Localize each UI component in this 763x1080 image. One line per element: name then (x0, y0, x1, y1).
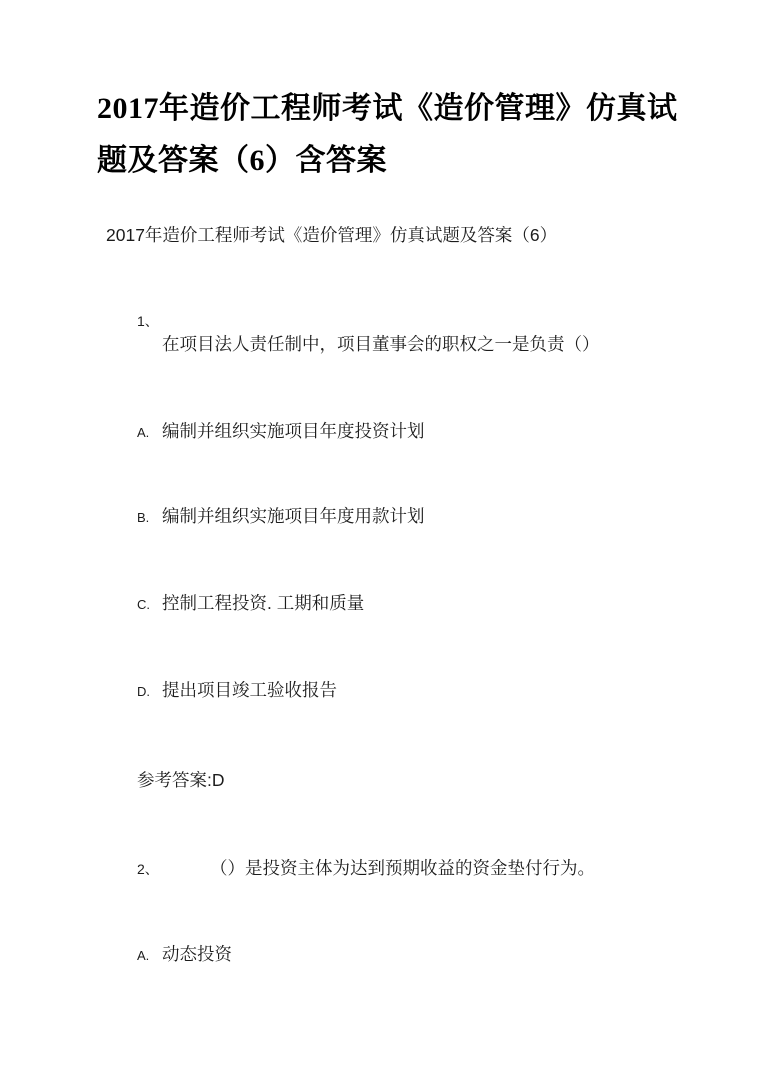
question-1-number: 1、 (137, 312, 159, 330)
option-letter: A. (137, 948, 162, 963)
question-1-text: 在项目法人责任制中，项目董事会的职权之一是负责（） (162, 333, 600, 355)
document-title-line-2: 题及答案（6）含答案 (97, 135, 697, 187)
question-2: 2、 （）是投资主体为达到预期收益的资金垫付行为。 (137, 857, 595, 879)
question-2-option-a: A. 动态投资 (137, 943, 232, 965)
option-text: 动态投资 (162, 943, 232, 965)
document-title: 2017年造价工程师考试《造价管理》仿真试 题及答案（6）含答案 (97, 83, 697, 187)
question-1-option-b: B. 编制并组织实施项目年度用款计划 (137, 505, 425, 527)
option-letter: C. (137, 597, 162, 612)
question-2-text: （）是投资主体为达到预期收益的资金垫付行为。 (210, 857, 595, 879)
option-text: 控制工程投资. 工期和质量 (162, 592, 364, 614)
question-1-reference-answer: 参考答案:D (137, 769, 225, 791)
question-1-option-d: D. 提出项目竣工验收报告 (137, 679, 337, 701)
question-1-option-c: C. 控制工程投资. 工期和质量 (137, 592, 364, 614)
document-subtitle: 2017年造价工程师考试《造价管理》仿真试题及答案（6） (106, 224, 557, 246)
option-text: 提出项目竣工验收报告 (162, 679, 337, 701)
option-text: 编制并组织实施项目年度投资计划 (162, 420, 425, 442)
option-letter: A. (137, 425, 162, 440)
question-1-option-a: A. 编制并组织实施项目年度投资计划 (137, 420, 425, 442)
document-title-line-1: 2017年造价工程师考试《造价管理》仿真试 (97, 83, 697, 135)
document-page: 2017年造价工程师考试《造价管理》仿真试 题及答案（6）含答案 2017年造价… (0, 0, 763, 1080)
option-letter: D. (137, 684, 162, 699)
question-2-number: 2、 (137, 859, 210, 879)
option-text: 编制并组织实施项目年度用款计划 (162, 505, 425, 527)
option-letter: B. (137, 510, 162, 525)
